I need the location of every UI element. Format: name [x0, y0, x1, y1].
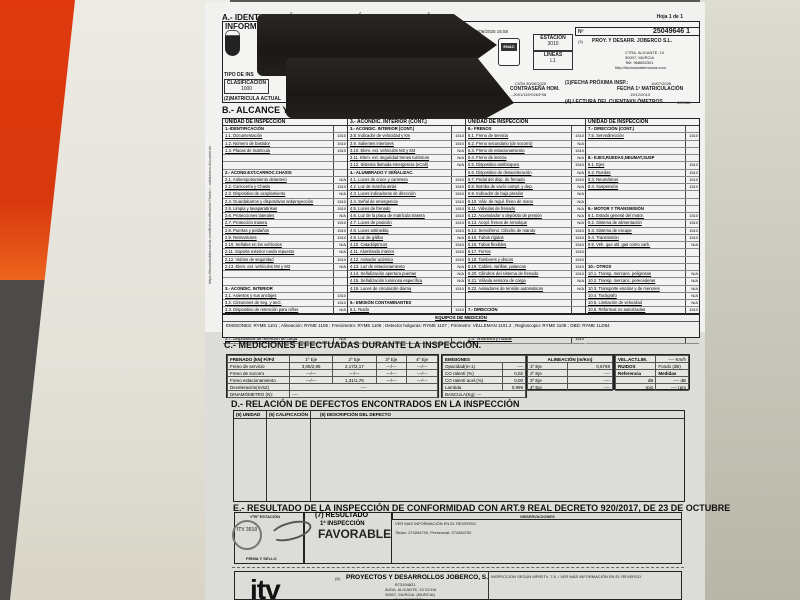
- brake-value: ---/---: [290, 370, 333, 377]
- inspection-row: 6.18. Tambores y discos1510: [466, 257, 585, 264]
- inspection-row: 10.2. Transp. mercanc. perecederasN/A: [586, 278, 699, 285]
- inspection-item-label: 4.7. Luces de posición: [348, 220, 451, 226]
- freno-servicio-row: Freno de servicio 3,05/2,85 2,17/2,17 --…: [228, 363, 438, 370]
- inspection-item-result: N/A: [571, 278, 585, 284]
- inspection-item-label: 6.8. Bomba de vacío compr. y dep.: [466, 184, 571, 190]
- inspection-item-label: 6.21. Válvula sensora de carga: [466, 278, 571, 284]
- defects-table: (6) UNIDAD (6) CALIFICACIÓN (6) DESCRIPC…: [233, 410, 685, 502]
- inspection-item-label: 2.5. Limpia y lavaparabrisas: [223, 206, 333, 212]
- inspection-item-label: 10.2. Transp. mercanc. perecederas: [586, 278, 685, 284]
- inspection-item-result: N/A: [571, 170, 585, 176]
- inspection-item-label: [223, 162, 333, 168]
- inspection-item-result: 1510: [333, 293, 347, 299]
- inspection-item-label: 6.7. Pedal del disp. de frenado: [466, 177, 571, 183]
- inspection-item-result: 1510: [333, 206, 347, 212]
- inspection-item-label: [586, 191, 685, 197]
- inspection-row: [586, 199, 699, 206]
- inspection-row: 1.-IDENTIFICACIÓN: [223, 126, 347, 133]
- brake-value: ---/---: [333, 370, 376, 377]
- inspection-group-label: 2.- ACOND.EXT.CARROC.CHASIS: [223, 170, 333, 176]
- inspection-item-result: 1510: [685, 307, 699, 313]
- inspection-item-result: N/A: [571, 184, 585, 190]
- resultado-label: (7) RESULTADO: [315, 512, 368, 519]
- inspection-row: 3.8. Indicador de velocidad y km1510: [348, 133, 465, 140]
- inspection-item-label: 6.17. Forros: [466, 249, 571, 255]
- alignment-label: 3º Eje: [528, 377, 568, 384]
- matricula-label: (2)MATRICULA ACTUAL: [224, 96, 281, 102]
- inspection-item-label: [586, 148, 685, 154]
- inspection-row: 6.6. Dispositivo de desaceleraciónN/A: [466, 170, 585, 177]
- emission-value: ----: [503, 363, 526, 370]
- inspection-row: 2.2. Carrocería y Chasis1510: [223, 184, 347, 191]
- inspection-row: 6.19. Cables, varillas, palancas1510: [466, 264, 585, 271]
- inspection-item-result: 1510: [451, 213, 465, 219]
- inspection-item-label: 4.8. Luces antiniebla: [348, 228, 451, 234]
- inspection-item-label: [466, 293, 571, 299]
- inspection-item-label: 5.1. Ruido: [348, 307, 451, 313]
- cuentakm-label: (4) LECTURA DEL CUENTAKILÓMETROS: [565, 99, 663, 105]
- emission-label: Lambda: [443, 384, 503, 391]
- inspection-item-result: 1510: [451, 199, 465, 205]
- inspection-item-label: 2.8. Puertas y peldaños: [223, 228, 333, 234]
- inspection-row: 2.- ACOND.EXT.CARROC.CHASIS: [223, 170, 347, 177]
- fecha-matriculacion-value: 19/12/2013: [630, 92, 650, 97]
- inspection-row: 4.5. Luces de frenado1510: [348, 206, 465, 213]
- inspection-item-label: [586, 141, 685, 147]
- inspection-item-label: 4.13. Luz de estacionamiento: [348, 264, 451, 270]
- inspection-item-result: 1510: [685, 170, 699, 176]
- inspection-row: 6.10. Válv. de regul. freno de manoN/A: [466, 199, 585, 206]
- inspection-item-result: [451, 170, 465, 176]
- inspection-item-result: [333, 278, 347, 284]
- inspection-row: 4.7. Luces de posición1510: [348, 220, 465, 227]
- inspection-item-result: N/A: [571, 286, 585, 292]
- inspection-row: 6.21. Válvula sensora de cargaN/A: [466, 278, 585, 285]
- inspection-item-label: 3.8. Indicador de velocidad y km: [348, 133, 451, 139]
- inspection-item-label: 4.10. Catadióptricos: [348, 242, 451, 248]
- inspection-row: 6.4. Freno de inerciaN/A: [466, 155, 585, 162]
- inspection-row: 1.2. Número de bastidor1510: [223, 141, 347, 148]
- inspection-item-result: 1510: [571, 162, 585, 168]
- inspection-item-result: 1510: [333, 235, 347, 241]
- inspection-item-label: 6.18. Tambores y discos: [466, 257, 571, 263]
- stamp-text: ITV 3010: [237, 527, 257, 533]
- inspection-item-result: 1510: [451, 242, 465, 248]
- inspection-row: 3.2. Cinturones de seg. y ancl.1510: [223, 300, 347, 307]
- inspection-item-label: 1.3. Placas de matrícula: [223, 148, 333, 154]
- inspection-row: 6.15. Tubos rígidos1510: [466, 235, 585, 242]
- inspection-row: 6.9. Indicador de baja presiónN/A: [466, 191, 585, 198]
- inspection-row: [223, 271, 347, 278]
- inspection-row: 6.2. Freno secundario (de socorro)N/A: [466, 141, 585, 148]
- inspection-group-label: 5.- EMISIÓN CONTAMINANTES: [348, 300, 451, 306]
- footer-note: INSPECCION SEGÚN MPIEITV. 7.8. / VER MÁS…: [491, 574, 642, 579]
- inspection-item-label: 6.1. Freno de servicio: [466, 133, 571, 139]
- inspection-item-label: 9.5. Veh. que util. gas como carb.: [586, 242, 685, 248]
- inspection-item-result: 1510: [333, 148, 347, 154]
- inspection-item-result: 1510: [685, 220, 699, 226]
- inspection-item-label: 6.10. Válv. de regul. freno de mano: [466, 199, 571, 205]
- inspection-item-label: 8.1. Ejes: [586, 162, 685, 168]
- inspection-item-result: 1510: [571, 133, 585, 139]
- ruidos-fondo: Fondo (dB): [656, 363, 689, 370]
- inspection-item-label: 1.1. Documentación: [223, 133, 333, 139]
- dinamometro-row: DINAMÓMETRO (N): ----: [228, 391, 438, 398]
- inspection-item-result: 1510: [685, 133, 699, 139]
- brake-value: ---/---: [290, 377, 333, 384]
- inspection-row: 3.1. Asientos y sus anclajes1510: [223, 293, 347, 300]
- inspection-item-label: [466, 300, 571, 306]
- inspection-row: 10.1. Transp. mercanc. peligrosasN/A: [586, 271, 699, 278]
- inspection-row: 9.5. Veh. que util. gas como carb.N/A: [586, 242, 699, 249]
- inspection-item-label: 3.2. Cinturones de seg. y ancl.: [223, 300, 333, 306]
- cut-line: [232, 567, 684, 568]
- deceleracion-value: ----: [290, 384, 438, 391]
- itv-logo: itv: [250, 574, 280, 600]
- emission-value: 0,02: [503, 370, 526, 377]
- inspection-group-label: 10.- OTROS: [586, 264, 685, 270]
- inspection-item-result: 1510: [451, 133, 465, 139]
- inspection-item-result: N/A: [451, 271, 465, 277]
- inspection-row: 2.5. Limpia y lavaparabrisas1510: [223, 206, 347, 213]
- inspection-row: 10.4. TacógrafoN/A: [586, 293, 699, 300]
- lineas-value: L1: [550, 58, 556, 64]
- inspection-row: 4.- ALUMBRADO Y SEÑALIZAC.: [348, 170, 465, 177]
- inspection-item-result: N/A: [451, 148, 465, 154]
- inspection-row: [586, 148, 699, 155]
- inspection-row: 6.1. Freno de servicio1510: [466, 133, 585, 140]
- section-d-title: D.- RELACIÓN DE DEFECTOS ENCONTRADOS EN …: [231, 399, 520, 409]
- inspection-row: 4.10. Catadióptricos1510: [348, 242, 465, 249]
- inspection-item-result: [333, 170, 347, 176]
- frenado-header: FRENADO (kN) Fi/Fd: [228, 356, 290, 363]
- inspection-item-result: N/A: [451, 278, 465, 284]
- inspection-item-result: 1510: [685, 228, 699, 234]
- inspection-item-result: 1510: [333, 257, 347, 263]
- inspection-item-result: 1510: [333, 199, 347, 205]
- inspection-item-label: 4.3. Luces indicadoras de dirección: [348, 191, 451, 197]
- inspection-item-label: 4.4. Señal de emergencia: [348, 199, 451, 205]
- inspection-item-label: [586, 249, 685, 255]
- emisiones-table: EMISIONES Opacidad(m-1)---- CO ralentí (…: [441, 354, 527, 398]
- grid-column-header: UNIDAD DE INSPECCIÓN: [466, 119, 585, 126]
- inspection-row: [466, 300, 585, 307]
- alineacion-header: ALINEACIÓN (m/Km): [528, 356, 613, 363]
- inspection-row: 7.5. Servodirección1510: [586, 133, 699, 140]
- inspection-item-label: 2.7. Protección trasera: [223, 220, 333, 226]
- referencia-rpm: rpm: [616, 384, 656, 391]
- emission-label: CO ralentí (%): [443, 370, 503, 377]
- grid-column-3: UNIDAD DE INSPECCIÓN 6.- FRENOS6.1. Fren…: [466, 119, 586, 313]
- inspection-item-label: 2.13. Elem. ext. vehículos M2 y M3: [223, 264, 333, 270]
- inspection-item-result: N/A: [333, 249, 347, 255]
- inspection-row: 6.17. Forros1510: [466, 249, 585, 256]
- inspection-item-result: N/A: [571, 213, 585, 219]
- enac-accreditation-logo: ENAC: [498, 38, 520, 66]
- station-company-name: PROY. Y DESARR. JOBERCO S.L.: [592, 38, 672, 44]
- inspection-group-label: 3.- ACONDIC. INTERIOR (CONT.): [348, 126, 451, 132]
- inspection-item-label: 6.6. Dispositivo de desaceleración: [466, 170, 571, 176]
- inspection-item-result: 1510: [451, 228, 465, 234]
- inspection-item-result: [685, 141, 699, 147]
- inspection-item-label: 6.5. Dispositivo antibloqueo: [466, 162, 571, 168]
- inspection-item-label: 2.4. Guardabarros y dispositivos antipro…: [223, 199, 333, 205]
- brake-value: ---/---: [407, 370, 438, 377]
- equipos-title: EQUIPOS DE MEDICIÓN: [223, 315, 699, 322]
- inspection-item-label: 4.5. Luces de frenado: [348, 206, 451, 212]
- inspection-item-label: 4.9. Luz de gálibo: [348, 235, 451, 241]
- inspection-row: 4.1. Luces de cruce y carretera1510: [348, 177, 465, 184]
- inspection-item-result: N/A: [333, 307, 347, 313]
- inspection-group-label: 3.- ACONDIC. INTERIOR: [223, 286, 333, 292]
- inspection-row: 9.3. Sistema de escape1510: [586, 228, 699, 235]
- clasificacion-value: 1000: [241, 86, 252, 92]
- freno-estacionamiento-row: Freno estacionamiento ---/--- 1,31/1,76 …: [228, 377, 438, 384]
- firma-sello-label: FIRMA Y SELLO: [246, 556, 277, 561]
- brake-value: ---/---: [407, 363, 438, 370]
- inspection-row: 6.20. Cilindros del sistema de frenado15…: [466, 271, 585, 278]
- alignment-label: 2º Eje: [528, 370, 568, 377]
- inspection-item-label: 3.3. Dispositivo de retención para niños: [223, 307, 333, 313]
- section-c-title: C.- MEDICIONES EFECTUADAS DURANTE LA INS…: [224, 340, 481, 350]
- inspection-item-result: [333, 271, 347, 277]
- inspection-row: 6.12. Acumulador o depósito de presiónN/…: [466, 213, 585, 220]
- inspection-item-label: [586, 257, 685, 263]
- lineas-cell: LINEASL1: [533, 51, 573, 70]
- station-website[interactable]: http://itvciudaddemurcia.com: [615, 65, 666, 70]
- inspection-row: [586, 191, 699, 198]
- inspection-row: 3.- ACONDIC. INTERIOR: [223, 286, 347, 293]
- inspection-item-result: 1510: [571, 264, 585, 270]
- footer-company-mark: (8): [335, 576, 340, 581]
- inspection-row: 6.13. Acopl. frenos de remolqueN/A: [466, 220, 585, 227]
- inspection-item-result: N/A: [571, 206, 585, 212]
- alignment-value: ----: [568, 370, 613, 377]
- inspection-item-result: N/A: [451, 162, 465, 168]
- inspection-row: 10.- OTROS: [586, 264, 699, 271]
- inspection-row: 6.16. Tubos flexibles1510: [466, 242, 585, 249]
- axle-header: 3º Eje: [376, 356, 407, 363]
- vel-act-label: VEL.ACT.LIM.: [616, 356, 656, 363]
- inspection-item-result: 1510: [571, 242, 585, 248]
- inspection-item-label: 1.2. Número de bastidor: [223, 141, 333, 147]
- inspection-item-result: 1510: [333, 141, 347, 147]
- inspection-row: 1.3. Placas de matrícula1510: [223, 148, 347, 155]
- inspection-item-result: N/A: [333, 264, 347, 270]
- inspection-row: 8.- EJES,RUEDAS,NEUMAT,SUSP: [586, 155, 699, 162]
- inspection-item-result: [685, 264, 699, 270]
- inspection-item-result: [451, 293, 465, 299]
- inspection-item-label: 9.1. Estado general del motor.: [586, 213, 685, 219]
- footer-company-name: PROYECTOS Y DESARROLLOS JOBERCO, S.: [346, 574, 488, 581]
- inspection-group-label: 1.-IDENTIFICACIÓN: [223, 126, 333, 132]
- equipos-list: EMISIONES: RYME 1101 ; Alineación: RYME …: [223, 322, 699, 329]
- inspection-item-result: [685, 257, 699, 263]
- brake-value: ---/---: [376, 370, 407, 377]
- inspection-item-result: N/A: [451, 155, 465, 161]
- inspection-group-label: 9.- MOTOR Y TRANSMISIÓN: [586, 206, 685, 212]
- inspection-item-result: [685, 191, 699, 197]
- inspection-row: 5.- EMISIÓN CONTAMINANTES: [348, 300, 465, 307]
- inspection-item-label: 6.22. Avisadores de tensión automáticos: [466, 286, 571, 292]
- inspection-item-result: [571, 300, 585, 306]
- estacion-cell: ESTACIÓN3010: [533, 34, 573, 51]
- inspection-item-label: [223, 278, 333, 284]
- inspection-item-label: 7.5. Servodirección: [586, 133, 685, 139]
- inspection-item-result: 1510: [571, 235, 585, 241]
- inspection-row: 6.7. Pedal del disp. de frenado1510: [466, 177, 585, 184]
- brake-value: ---/---: [376, 363, 407, 370]
- inspection-row: 8.4. Suspensión1510: [586, 184, 699, 191]
- grid-column-4: UNIDAD DE INSPECCIÓN 7.- DIRECCIÓN (CONT…: [586, 119, 699, 313]
- inspection-item-result: 1510: [571, 249, 585, 255]
- report-number: 25049646 1: [653, 28, 690, 35]
- inspection-row: 6.8. Bomba de vacío compr. y dep.N/A: [466, 184, 585, 191]
- inspection-units-grid: UNIDAD DE INSPECCIÓN 1.-IDENTIFICACIÓN1.…: [222, 118, 700, 314]
- inspection-item-label: 10.3. Transporte escolar y de menores: [586, 286, 685, 292]
- inspection-item-result: N/A: [333, 213, 347, 219]
- inspection-row: 6.11. Válvulas de frenadoN/A: [466, 206, 585, 213]
- inspection-row: [586, 141, 699, 148]
- inspection-row: 4.13. Luz de estacionamientoN/A: [348, 264, 465, 271]
- page-indicator: Hoja 1 de 1: [657, 14, 683, 20]
- inspection-item-result: 1510: [333, 300, 347, 306]
- inspection-row: [348, 293, 465, 300]
- frenado-table: FRENADO (kN) Fi/Fd 1º Eje 2º Eje 3º Eje …: [226, 354, 439, 398]
- inspection-item-label: 4.14. Señalización apertura puertas: [348, 271, 451, 277]
- inspection-row: 2.13. Elem. ext. vehículos M2 y M3N/A: [223, 264, 347, 271]
- row-label: Freno de servicio: [228, 363, 290, 370]
- alignment-label: 1º Eje: [528, 363, 568, 370]
- inspection-item-result: 1510: [451, 141, 465, 147]
- inspection-item-result: 1510: [333, 184, 347, 190]
- axle-header: 1º Eje: [290, 356, 333, 363]
- ruidos-label: RUIDOS: [616, 363, 656, 370]
- inspection-item-result: 1510: [685, 184, 699, 190]
- inspection-item-result: N/A: [333, 191, 347, 197]
- inspection-row: 3.12. Sistema llamada emergencia (eCall)…: [348, 162, 465, 169]
- inspection-item-label: 4.6. Luz de la placa de matrícula traser…: [348, 213, 451, 219]
- axle-header: 2º Eje: [333, 356, 376, 363]
- inspection-row: 6.14. Servofreno. Cilindro de mando1510: [466, 228, 585, 235]
- inspection-item-result: 1510: [451, 257, 465, 263]
- inspection-item-result: N/A: [685, 271, 699, 277]
- inspection-item-label: 2.2. Carrocería y Chasis: [223, 184, 333, 190]
- inspection-item-label: 4.2. Luz de marcha atrás: [348, 184, 451, 190]
- inspection-item-label: 4.1. Luces de cruce y carretera: [348, 177, 451, 183]
- inspection-row: 4.14. Señalización apertura puertasN/A: [348, 271, 465, 278]
- inspection-row: 2.3. Dispositivo de acoplamientoN/A: [223, 191, 347, 198]
- inspection-row: 10.3. Transporte escolar y de menoresN/A: [586, 286, 699, 293]
- inspection-item-label: 8.4. Suspensión: [586, 184, 685, 190]
- inspection-row: 8.3. Neumáticos1510: [586, 177, 699, 184]
- row-label: DINAMÓMETRO (N):: [228, 391, 290, 398]
- inspection-item-result: 1510: [685, 162, 699, 168]
- inspection-row: 1.1. Documentación1510: [223, 133, 347, 140]
- inspection-row: 4.12. Avisador acústico1510: [348, 257, 465, 264]
- inspection-item-result: N/A: [685, 293, 699, 299]
- referencia-db: dB: [616, 377, 656, 384]
- referencia-label: Referencia: [616, 370, 656, 377]
- inspection-item-label: 6.19. Cables, varillas, palancas: [466, 264, 571, 270]
- grid-column-header: UNIDAD DE INSPECCIÓN: [586, 119, 699, 126]
- emission-value: 0,00: [503, 377, 526, 384]
- inspection-row: 4.4. Señal de emergencia1510: [348, 199, 465, 206]
- inspection-item-label: 6.3. Freno de estacionamiento: [466, 148, 571, 154]
- inspection-item-result: 1510: [571, 257, 585, 263]
- inspection-item-result: N/A: [685, 286, 699, 292]
- coat-of-arms-shield-icon: [225, 36, 240, 56]
- bascula-value: BASCULA(Kg): ---: [443, 391, 526, 398]
- alignment-value: ----: [568, 384, 613, 391]
- inspection-row: 2.4. Guardabarros y dispositivos antipro…: [223, 199, 347, 206]
- inspection-item-label: [586, 199, 685, 205]
- brake-value: ---/---: [407, 377, 438, 384]
- inspection-row: 7.- DIRECCIÓN (CONT.): [586, 126, 699, 133]
- inspection-item-label: 6.2. Freno secundario (de socorro): [466, 141, 571, 147]
- inspection-item-label: 2.1. Antiempotramiento delantero: [223, 177, 333, 183]
- inspection-row: 9.- MOTOR Y TRANSMISIÓN: [586, 206, 699, 213]
- alignment-label: 4º Eje: [528, 384, 568, 391]
- inspection-row: 3.- ACONDIC. INTERIOR (CONT.): [348, 126, 465, 133]
- medidas-rpm: ---- rpm: [656, 384, 689, 391]
- inspection-item-result: 1510: [571, 228, 585, 234]
- inspection-row: 4.2. Luz de marcha atrás1510: [348, 184, 465, 191]
- inspection-row: 6.22. Avisadores de tensión automáticosN…: [466, 286, 585, 293]
- inspection-row: [466, 293, 585, 300]
- inspection-item-result: 1510: [685, 235, 699, 241]
- brake-value: 2,17/2,17: [333, 363, 376, 370]
- medidas-db: ---- dB: [656, 377, 689, 384]
- inspection-row: 6.- FRENOS: [466, 126, 585, 133]
- inspection-row: 4.6. Luz de la placa de matrícula traser…: [348, 213, 465, 220]
- inspection-item-result: [451, 126, 465, 132]
- inspection-item-result: 1510: [333, 228, 347, 234]
- medidas-label: Medidas: [656, 370, 689, 377]
- numero-label: Nº: [578, 29, 583, 35]
- inspection-item-label: 2.6. Protecciones laterales: [223, 213, 333, 219]
- inspection-row: [586, 249, 699, 256]
- deceleracion-row: Deceleración(m/s2) ----: [228, 384, 438, 391]
- brake-value: 1,31/1,76: [333, 377, 376, 384]
- inspection-item-result: N/A: [571, 155, 585, 161]
- inspection-item-result: N/A: [333, 177, 347, 183]
- clasificacion-cell: CLASIFICACIÓN1000: [224, 79, 269, 94]
- inspection-item-label: 3.12. Sistema llamada emergencia (eCall): [348, 162, 451, 168]
- inspection-row: 8.2. Ruedas1510: [586, 170, 699, 177]
- inspection-row: 3.10. Elem. ext. vehículos M2 y M3N/A: [348, 148, 465, 155]
- inspection-item-label: 9.2. Sistema de alimentación: [586, 220, 685, 226]
- inspection-item-label: 6.14. Servofreno. Cilindro de mando: [466, 228, 571, 234]
- brake-value: ---/---: [376, 377, 407, 384]
- company-mark: (3): [578, 39, 583, 44]
- inspection-row: 4.8. Luces antiniebla1510: [348, 228, 465, 235]
- inspection-item-result: 1510: [571, 148, 585, 154]
- inspection-item-result: 1510: [451, 206, 465, 212]
- inspection-item-label: 3.9. Salientes interiores: [348, 141, 451, 147]
- inspection-item-result: 1510: [451, 286, 465, 292]
- inspection-item-result: N/A: [571, 191, 585, 197]
- cuentakm-value: 490966: [677, 100, 690, 105]
- inspection-row: 6.5. Dispositivo antibloqueo1510: [466, 162, 585, 169]
- inspection-item-label: 9.4. Transmisión: [586, 235, 685, 241]
- inspection-row: 9.2. Sistema de alimentación1510: [586, 220, 699, 227]
- inspection-item-result: 1510: [451, 249, 465, 255]
- measurement-equipment-box: EQUIPOS DE MEDICIÓN EMISIONES: RYME 1101…: [222, 314, 700, 338]
- alineacion-table: ALINEACIÓN (m/Km) 1º Eje0,6769 2º Eje---…: [526, 354, 614, 390]
- inspection-row: 4.11. Alumbrado interior1510: [348, 249, 465, 256]
- observaciones-line1: VER MAS INFORMACIÓN EN EL REVERSO.: [395, 521, 477, 526]
